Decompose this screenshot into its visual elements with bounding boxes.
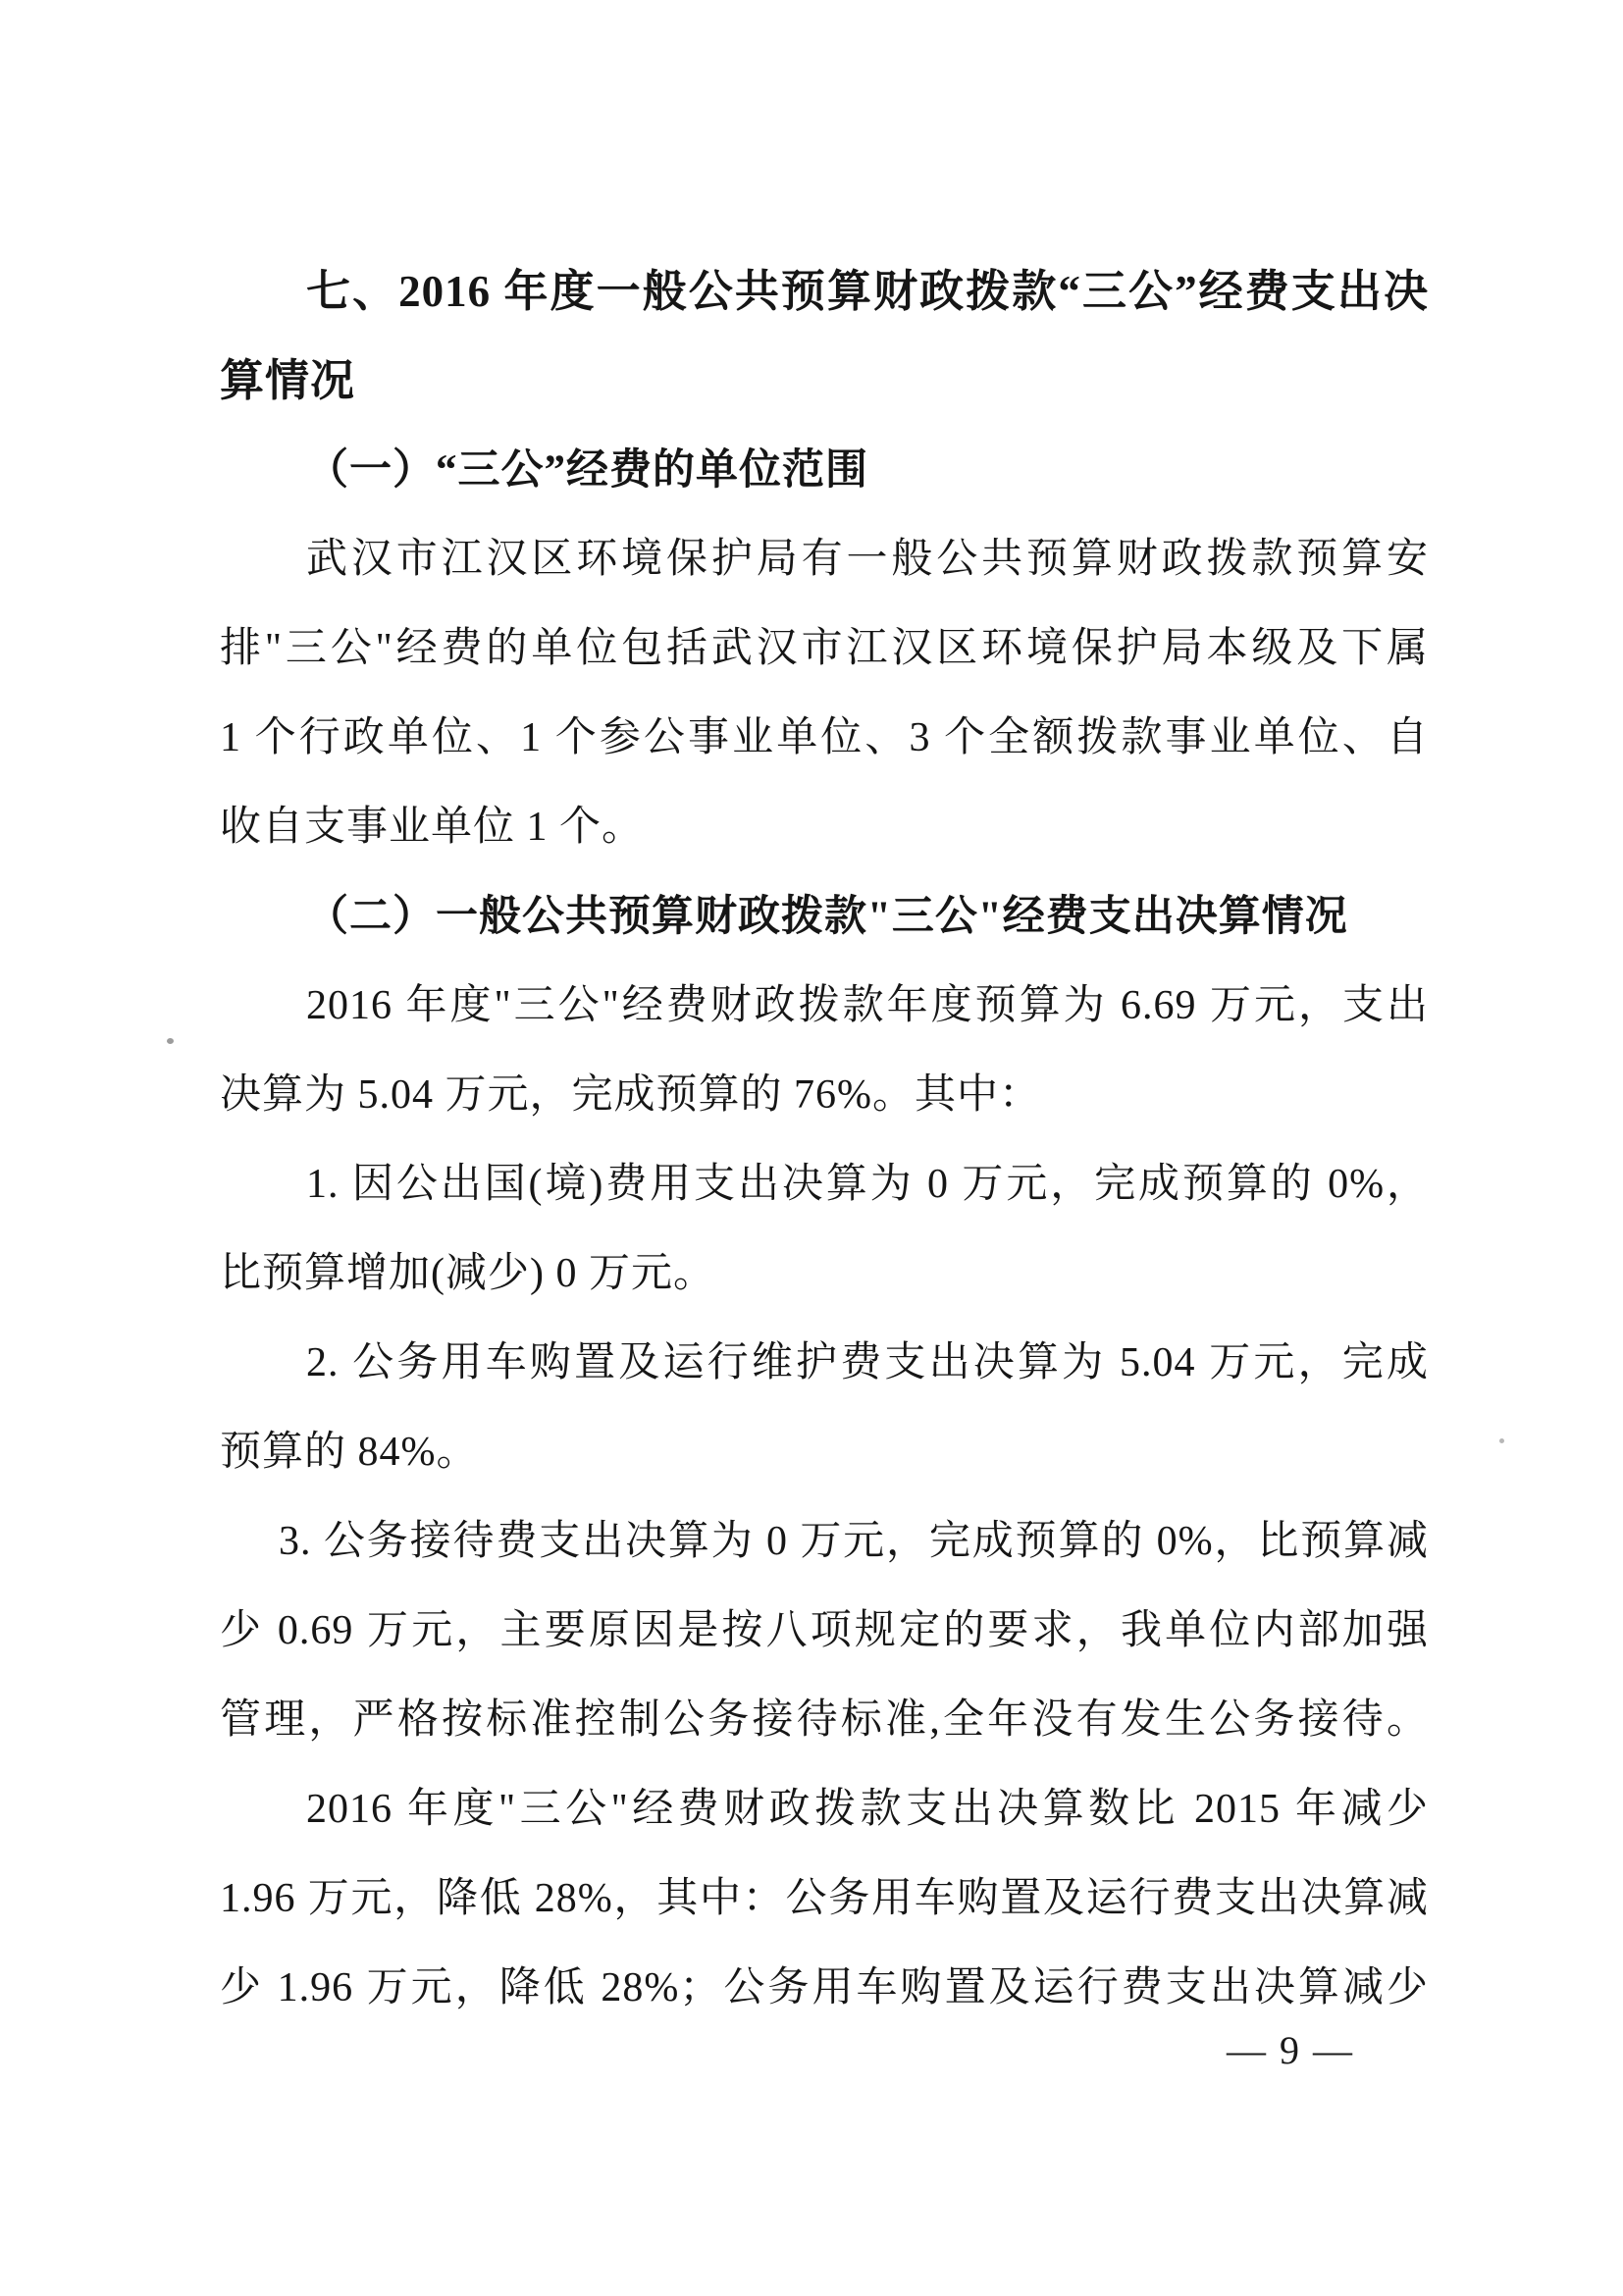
chapter-title-line-1: 七、2016 年度一般公共预算财政拨款“三公”经费支出决	[220, 247, 1429, 337]
section-1-heading: （一）“三公”经费的单位范围	[220, 426, 1429, 515]
chapter-title-line-2: 算情况	[220, 337, 1429, 426]
document-page: 七、2016 年度一般公共预算财政拨款“三公”经费支出决 算情况 （一）“三公”…	[0, 0, 1623, 2296]
item-3-reception-expense-line-3: 管理，严格按标准控制公务接待标准,全年没有发生公务接待。	[220, 1676, 1429, 1765]
section-2-heading: （二）一般公共预算财政拨款"三公"经费支出决算情况	[220, 872, 1429, 962]
item-3-reception-expense-line-1: 3. 公务接待费支出决算为 0 万元，完成预算的 0%，比预算减	[220, 1497, 1429, 1587]
section-1-para-line-2: 排"三公"经费的单位包括武汉市江汉区环境保护局本级及下属	[220, 604, 1429, 694]
section-2-para2-line-1: 2016 年度"三公"经费财政拨款支出决算数比 2015 年减少	[220, 1765, 1429, 1854]
document-text-block: 七、2016 年度一般公共预算财政拨款“三公”经费支出决 算情况 （一）“三公”…	[220, 247, 1429, 2033]
item-2-vehicle-expense-line-1: 2. 公务用车购置及运行维护费支出决算为 5.04 万元，完成	[220, 1319, 1429, 1408]
chapter-title: 七、2016 年度一般公共预算财政拨款“三公”经费支出决 算情况	[220, 247, 1429, 426]
item-2-vehicle-expense-line-2: 预算的 84%。	[220, 1408, 1429, 1497]
section-1-unit-scope: （一）“三公”经费的单位范围 武汉市江汉区环境保护局有一般公共预算财政拨款预算安…	[220, 426, 1429, 872]
section-1-para-line-1: 武汉市江汉区环境保护局有一般公共预算财政拨款预算安	[220, 515, 1429, 604]
section-2-para1-line-2: 决算为 5.04 万元，完成预算的 76%。其中：	[220, 1051, 1429, 1140]
scan-speck	[1499, 1438, 1504, 1443]
section-2-para2-line-2: 1.96 万元，降低 28%，其中：公务用车购置及运行费支出决算减	[220, 1854, 1429, 1944]
item-1-abroad-expense-line-2: 比预算增加(减少) 0 万元。	[220, 1229, 1429, 1319]
item-3-reception-expense-line-2: 少 0.69 万元，主要原因是按八项规定的要求，我单位内部加强	[220, 1587, 1429, 1676]
section-1-para-line-3: 1 个行政单位、1 个参公事业单位、3 个全额拨款事业单位、自	[220, 694, 1429, 783]
scan-speck	[167, 1038, 174, 1044]
item-1-abroad-expense-line-1: 1. 因公出国(境)费用支出决算为 0 万元，完成预算的 0%，	[220, 1140, 1429, 1229]
page-number: — 9 —	[1227, 2019, 1403, 2082]
section-2-expense-accounts: （二）一般公共预算财政拨款"三公"经费支出决算情况 2016 年度"三公"经费财…	[220, 872, 1429, 2033]
section-1-para-line-4: 收自支事业单位 1 个。	[220, 783, 1429, 872]
section-2-para1-line-1: 2016 年度"三公"经费财政拨款年度预算为 6.69 万元，支出	[220, 962, 1429, 1051]
